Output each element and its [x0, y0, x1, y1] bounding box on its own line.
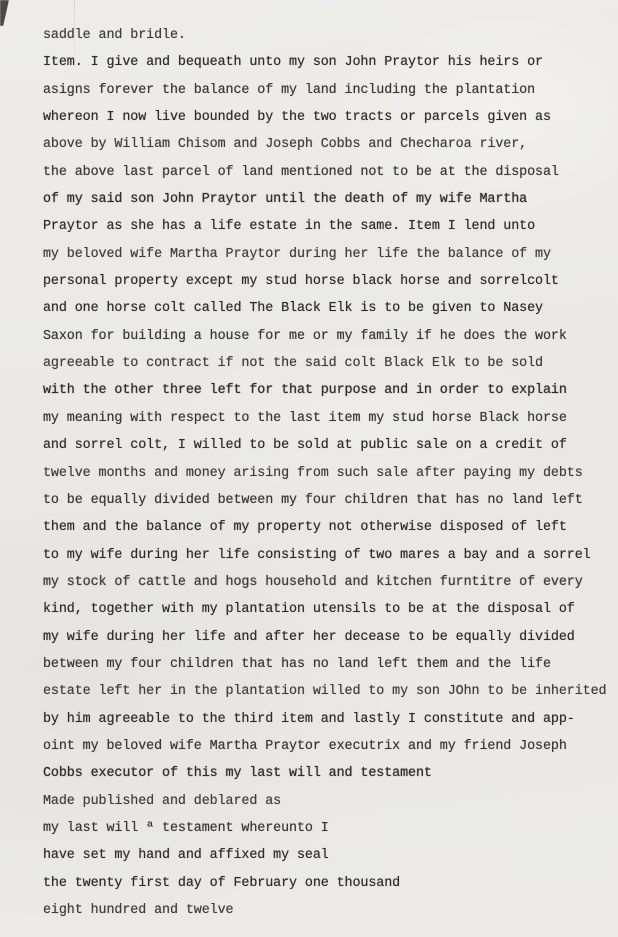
document-line: of my said son John Praytor until the de…: [43, 186, 616, 213]
document-line: personal property except my stud horse b…: [43, 268, 616, 295]
document-line: them and the balance of my property not …: [43, 514, 616, 541]
document-line: saddle and bridle.: [43, 22, 616, 49]
document-line: my wife during her life and after her de…: [43, 624, 616, 651]
document-line: between my four children that has no lan…: [43, 651, 616, 678]
document-line: the twenty first day of February one tho…: [43, 870, 616, 897]
document-line: and one horse colt called The Black Elk …: [43, 295, 616, 322]
document-line: to my wife during her life consisting of…: [43, 542, 616, 569]
document-line: my stock of cattle and hogs household an…: [43, 569, 616, 596]
document-line: Saxon for building a house for me or my …: [43, 323, 616, 350]
document-line: to be equally divided between my four ch…: [43, 487, 616, 514]
document-line: whereon I now live bounded by the two tr…: [43, 104, 616, 131]
document-line: above by William Chisom and Joseph Cobbs…: [43, 131, 616, 158]
document-line: Praytor as she has a life estate in the …: [43, 213, 616, 240]
document-line: twelve months and money arising from suc…: [43, 460, 616, 487]
scan-corner-artifact: [0, 0, 9, 26]
document-line: Item. I give and bequeath unto my son Jo…: [43, 49, 616, 76]
document-text: saddle and bridle.Item. I give and beque…: [43, 22, 616, 924]
document-line: by him agreeable to the third item and l…: [43, 706, 616, 733]
document-line: my meaning with respect to the last item…: [43, 405, 616, 432]
document-line: kind, together with my plantation utensi…: [43, 596, 616, 623]
document-line: eight hundred and twelve: [43, 897, 616, 924]
document-line: asigns forever the balance of my land in…: [43, 77, 616, 104]
document-line: Cobbs executor of this my last will and …: [43, 760, 616, 787]
document-line: have set my hand and affixed my seal: [43, 842, 616, 869]
document-line: my last will ª testament whereunto I: [43, 815, 616, 842]
document-line: my beloved wife Martha Praytor during he…: [43, 241, 616, 268]
document-line: and sorrel colt, I willed to be sold at …: [43, 432, 616, 459]
document-line: with the other three left for that purpo…: [43, 377, 616, 404]
document-line: Made published and deblared as: [43, 788, 616, 815]
document-line: estate left her in the plantation willed…: [43, 678, 616, 705]
document-line: oint my beloved wife Martha Praytor exec…: [43, 733, 616, 760]
document-line: the above last parcel of land mentioned …: [43, 159, 616, 186]
document-line: agreeable to contract if not the said co…: [43, 350, 616, 377]
